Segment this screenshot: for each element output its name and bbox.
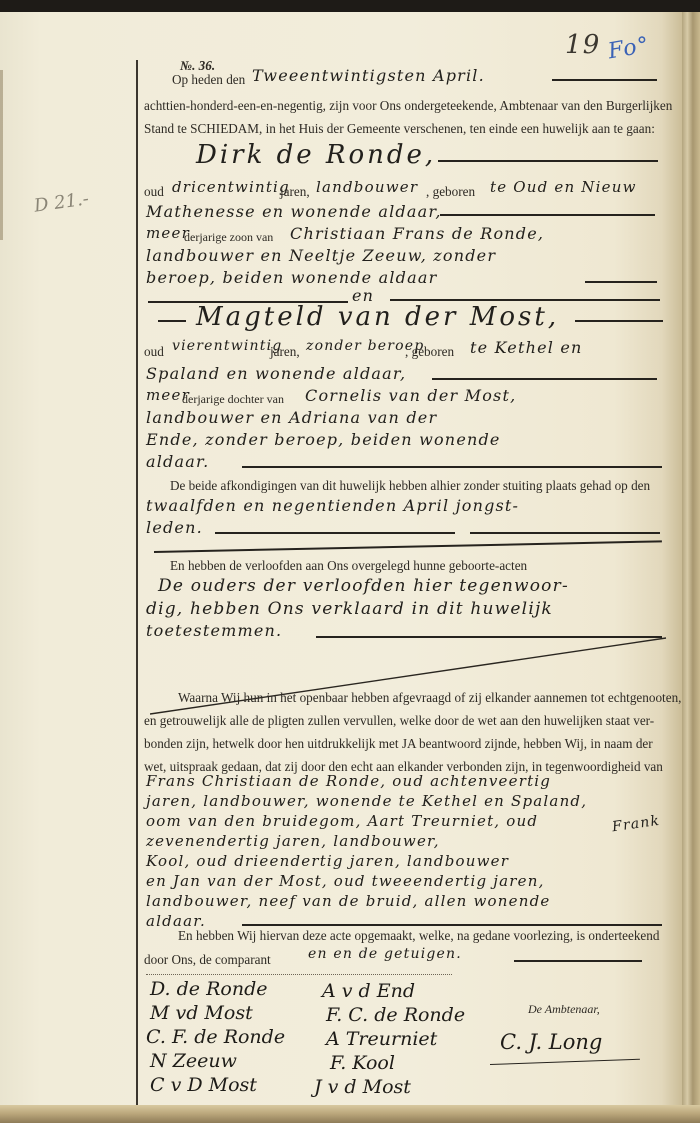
text-opening: Op heden den (172, 72, 245, 88)
fill-rule (552, 79, 657, 81)
witness-1-details: jaren, landbouwer, wonende te Kethel en … (146, 792, 587, 810)
signature-groom-mother: N Zeeuw (150, 1050, 237, 1072)
bride-birthplace: te Kethel en (470, 338, 583, 357)
text-geboren: , geboren (426, 184, 475, 200)
fill-rule (514, 960, 642, 962)
fill-rule (440, 214, 655, 216)
groom-occupation: landbouwer (316, 178, 418, 196)
signature-bride-mother: A v d End (322, 980, 415, 1002)
signature-groom: D. de Ronde (150, 978, 267, 1000)
hand-getuigen: en en de getuigen. (308, 946, 462, 962)
signature-groom-father: C. F. de Ronde (146, 1026, 285, 1048)
signature-dotted-rule (146, 974, 452, 975)
book-spine (682, 12, 700, 1112)
official-signature: C. J. Long (500, 1030, 602, 1054)
signature-bride-father: C v D Most (150, 1074, 257, 1096)
fill-rule (158, 320, 186, 322)
witness-2-details: zevenendertig jaren, landbouwer, (146, 832, 440, 850)
fill-rule (390, 299, 660, 301)
witness-4-details: landbouwer, neef van de bruid, allen won… (146, 892, 550, 910)
text-dochter-van: derjarige dochter van (182, 392, 284, 407)
fill-rule (575, 320, 663, 322)
text-afkondigingen: De beide afkondigingen van dit huwelijk … (170, 478, 650, 494)
fill-rule (585, 281, 657, 283)
page-number: 19 (565, 30, 600, 60)
official-label: De Ambtenaar, (528, 1002, 600, 1017)
hand-aldaar: aldaar. (146, 452, 209, 471)
text-geboorte-acten: En hebben de verloofden aan Ons overgele… (170, 558, 527, 574)
groom-residence: Mathenesse en wonende aldaar, (146, 202, 442, 221)
text-oud: oud (144, 184, 164, 200)
consent-line-1: De ouders der verloofden hier tegenwoor- (158, 576, 569, 596)
signature-witness-2: A Treurniet (326, 1028, 437, 1050)
witness-2-line: oom van den bruidegom, Aart Treurniet, o… (146, 812, 538, 830)
signature-witness-1: F. C. de Ronde (326, 1004, 465, 1026)
bride-residence: Spaland en wonende aldaar, (146, 364, 406, 383)
signature-bride: M vd Most (150, 1002, 253, 1024)
groom-age: dricentwintig (172, 178, 290, 196)
witness-1-line: Frans Christiaan de Ronde, oud achtenvee… (146, 772, 551, 790)
bride-father: Cornelis van der Most, (305, 386, 516, 405)
hand-date: Tweeentwintigsten April. (252, 66, 485, 85)
scan-top-border (0, 0, 700, 12)
text-year: achttien-honderd-een-en-negentig, zijn v… (144, 98, 672, 114)
hand-leden: leden. (146, 518, 203, 537)
groom-parents-residence: beroep, beiden wonende aldaar (146, 268, 437, 287)
groom-name: Dirk de Ronde, (196, 140, 436, 170)
text-place: Stand te SCHIEDAM, in het Huis der Gemee… (144, 121, 655, 137)
text-zoon-van: derjarige zoon van (184, 230, 273, 245)
witness-3-line: Kool, oud drieendertig jaren, landbouwer (146, 852, 509, 870)
margin-column-rule (136, 60, 138, 1105)
fill-rule (215, 532, 455, 534)
text-pligten: en getrouwelijk alle de pligten zullen v… (144, 713, 654, 729)
fill-rule (242, 466, 662, 468)
groom-birthplace: te Oud en Nieuw (490, 178, 637, 196)
bride-parents-line: landbouwer en Adriana van der (146, 408, 437, 427)
text-waarna: Waarna Wij hun in het openbaar hebben af… (178, 690, 681, 706)
bride-parents-residence: Ende, zonder beroep, beiden wonende (146, 430, 501, 449)
text-oud: oud (144, 344, 164, 360)
text-geboren: , geboren (405, 344, 454, 360)
fill-rule (470, 532, 660, 534)
fill-rule (432, 378, 657, 380)
bride-age: vierentwintig (172, 338, 282, 354)
text-comparanten: door Ons, de comparant (144, 952, 271, 968)
fill-rule (242, 924, 662, 926)
text-jaren: jaren, (270, 344, 300, 360)
witness-4-line: en Jan van der Most, oud tweeendertig ja… (146, 872, 545, 890)
text-bonden: bonden zijn, hetwelk door hen uitdrukkel… (144, 736, 653, 752)
text-jaren: jaren, (280, 184, 310, 200)
bride-name: Magteld van der Most, (196, 302, 559, 332)
groom-parents-line: landbouwer en Neeltje Zeeuw, zonder (146, 246, 496, 265)
signature-witness-3: F. Kool (330, 1052, 395, 1074)
fill-rule (438, 160, 658, 162)
page-left-edge (0, 70, 3, 240)
text-opgemaakt: En hebben Wij hiervan deze acte opgemaak… (178, 928, 659, 944)
consent-line-2: dig, hebben Ons verklaard in dit huwelij… (146, 599, 553, 619)
signature-witness-4: J v d Most (314, 1076, 411, 1098)
banns-dates: twaalfden en negentienden April jongst- (146, 496, 519, 515)
groom-father: Christiaan Frans de Ronde, (290, 224, 544, 243)
page-bottom-edge (0, 1105, 700, 1123)
